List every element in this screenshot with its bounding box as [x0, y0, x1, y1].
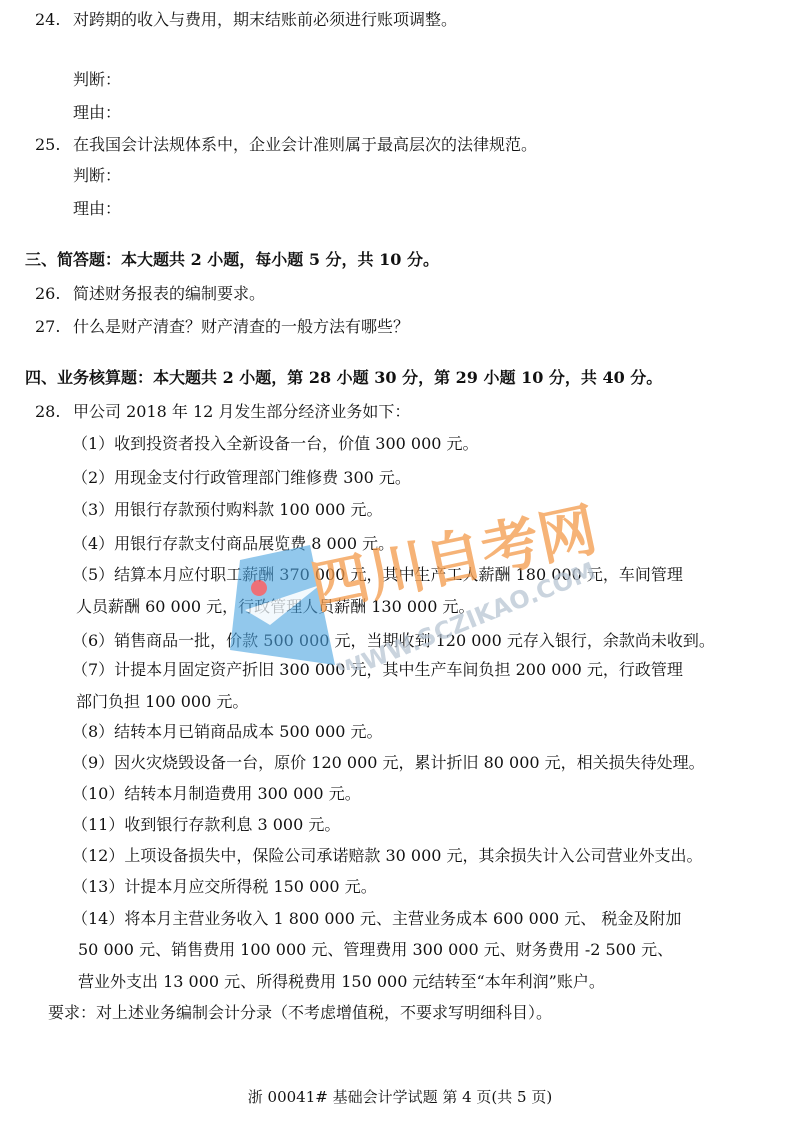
question-text: 什么是财产清查？财产清查的一般方法有哪些？ [73, 317, 409, 336]
list-item: （6）销售商品一批，价款 500 000 元，当期收到 120 000 元存入银… [72, 631, 715, 651]
list-item-continuation: 营业外支出 13 000 元、所得税费用 150 000 元结转至“本年利润”账… [78, 972, 605, 992]
list-item: （9）因火灾烧毁设备一台，原价 120 000 元，累计折旧 80 000 元，… [72, 753, 705, 773]
list-item: （5）结算本月应付职工薪酬 370 000 元，其中生产工人薪酬 180 000… [72, 565, 683, 585]
judge-label: 判断： [73, 166, 121, 186]
question-number: 26. [35, 284, 73, 304]
list-item: （14）将本月主营业务收入 1 800 000 元、主营业务成本 600 000… [72, 909, 681, 929]
question-text: 简述财务报表的编制要求。 [73, 284, 265, 303]
question-number: 24. [35, 10, 73, 30]
question-text: 对跨期的收入与费用，期末结账前必须进行账项调整。 [73, 10, 457, 29]
list-item-continuation: 50 000 元、销售费用 100 000 元、管理费用 300 000 元、财… [78, 940, 673, 960]
list-item: （3）用银行存款预付购料款 100 000 元。 [72, 500, 383, 520]
list-item-continuation: 人员薪酬 60 000 元，行政管理人员薪酬 130 000 元。 [76, 597, 475, 617]
list-item: （11）收到银行存款利息 3 000 元。 [72, 815, 340, 835]
question-28: 28.甲公司 2018 年 12 月发生部分经济业务如下： [35, 402, 410, 422]
question-number: 27. [35, 317, 73, 337]
list-item: （13）计提本月应交所得税 150 000 元。 [72, 877, 377, 897]
question-number: 28. [35, 402, 73, 422]
judge-label: 判断： [73, 70, 121, 90]
list-item: （7）计提本月固定资产折旧 300 000 元，其中生产车间负担 200 000… [72, 660, 683, 680]
list-item: （8）结转本月已销商品成本 500 000 元。 [72, 722, 383, 742]
question-27: 27.什么是财产清查？财产清查的一般方法有哪些？ [35, 317, 409, 337]
list-item: （2）用现金支付行政管理部门维修费 300 元。 [72, 468, 411, 488]
question-text: 甲公司 2018 年 12 月发生部分经济业务如下： [73, 402, 410, 421]
reason-label: 理由： [73, 103, 121, 123]
question-text: 在我国会计法规体系中，企业会计准则属于最高层次的法律规范。 [73, 135, 537, 154]
list-item-continuation: 部门负担 100 000 元。 [76, 692, 248, 712]
list-item: （12）上项设备损失中，保险公司承诺赔款 30 000 元，其余损失计入公司营业… [72, 846, 703, 866]
list-item: （1）收到投资者投入全新设备一台，价值 300 000 元。 [72, 434, 479, 454]
requirement-text: 要求：对上述业务编制会计分录（不考虑增值税，不要求写明细科目）。 [48, 1003, 552, 1023]
section-heading-3: 三、简答题：本大题共 2 小题，每小题 5 分，共 10 分。 [25, 250, 439, 270]
section-heading-4: 四、业务核算题：本大题共 2 小题，第 28 小题 30 分，第 29 小题 1… [25, 368, 662, 388]
question-24: 24.对跨期的收入与费用，期末结账前必须进行账项调整。 [35, 10, 457, 30]
reason-label: 理由： [73, 199, 121, 219]
page-footer: 浙 00041# 基础会计学试题 第 4 页(共 5 页) [0, 1087, 800, 1107]
question-number: 25. [35, 135, 73, 155]
question-26: 26.简述财务报表的编制要求。 [35, 284, 265, 304]
list-item: （4）用银行存款支付商品展览费 8 000 元。 [72, 534, 394, 554]
question-25: 25.在我国会计法规体系中，企业会计准则属于最高层次的法律规范。 [35, 135, 537, 155]
list-item: （10）结转本月制造费用 300 000 元。 [72, 784, 361, 804]
